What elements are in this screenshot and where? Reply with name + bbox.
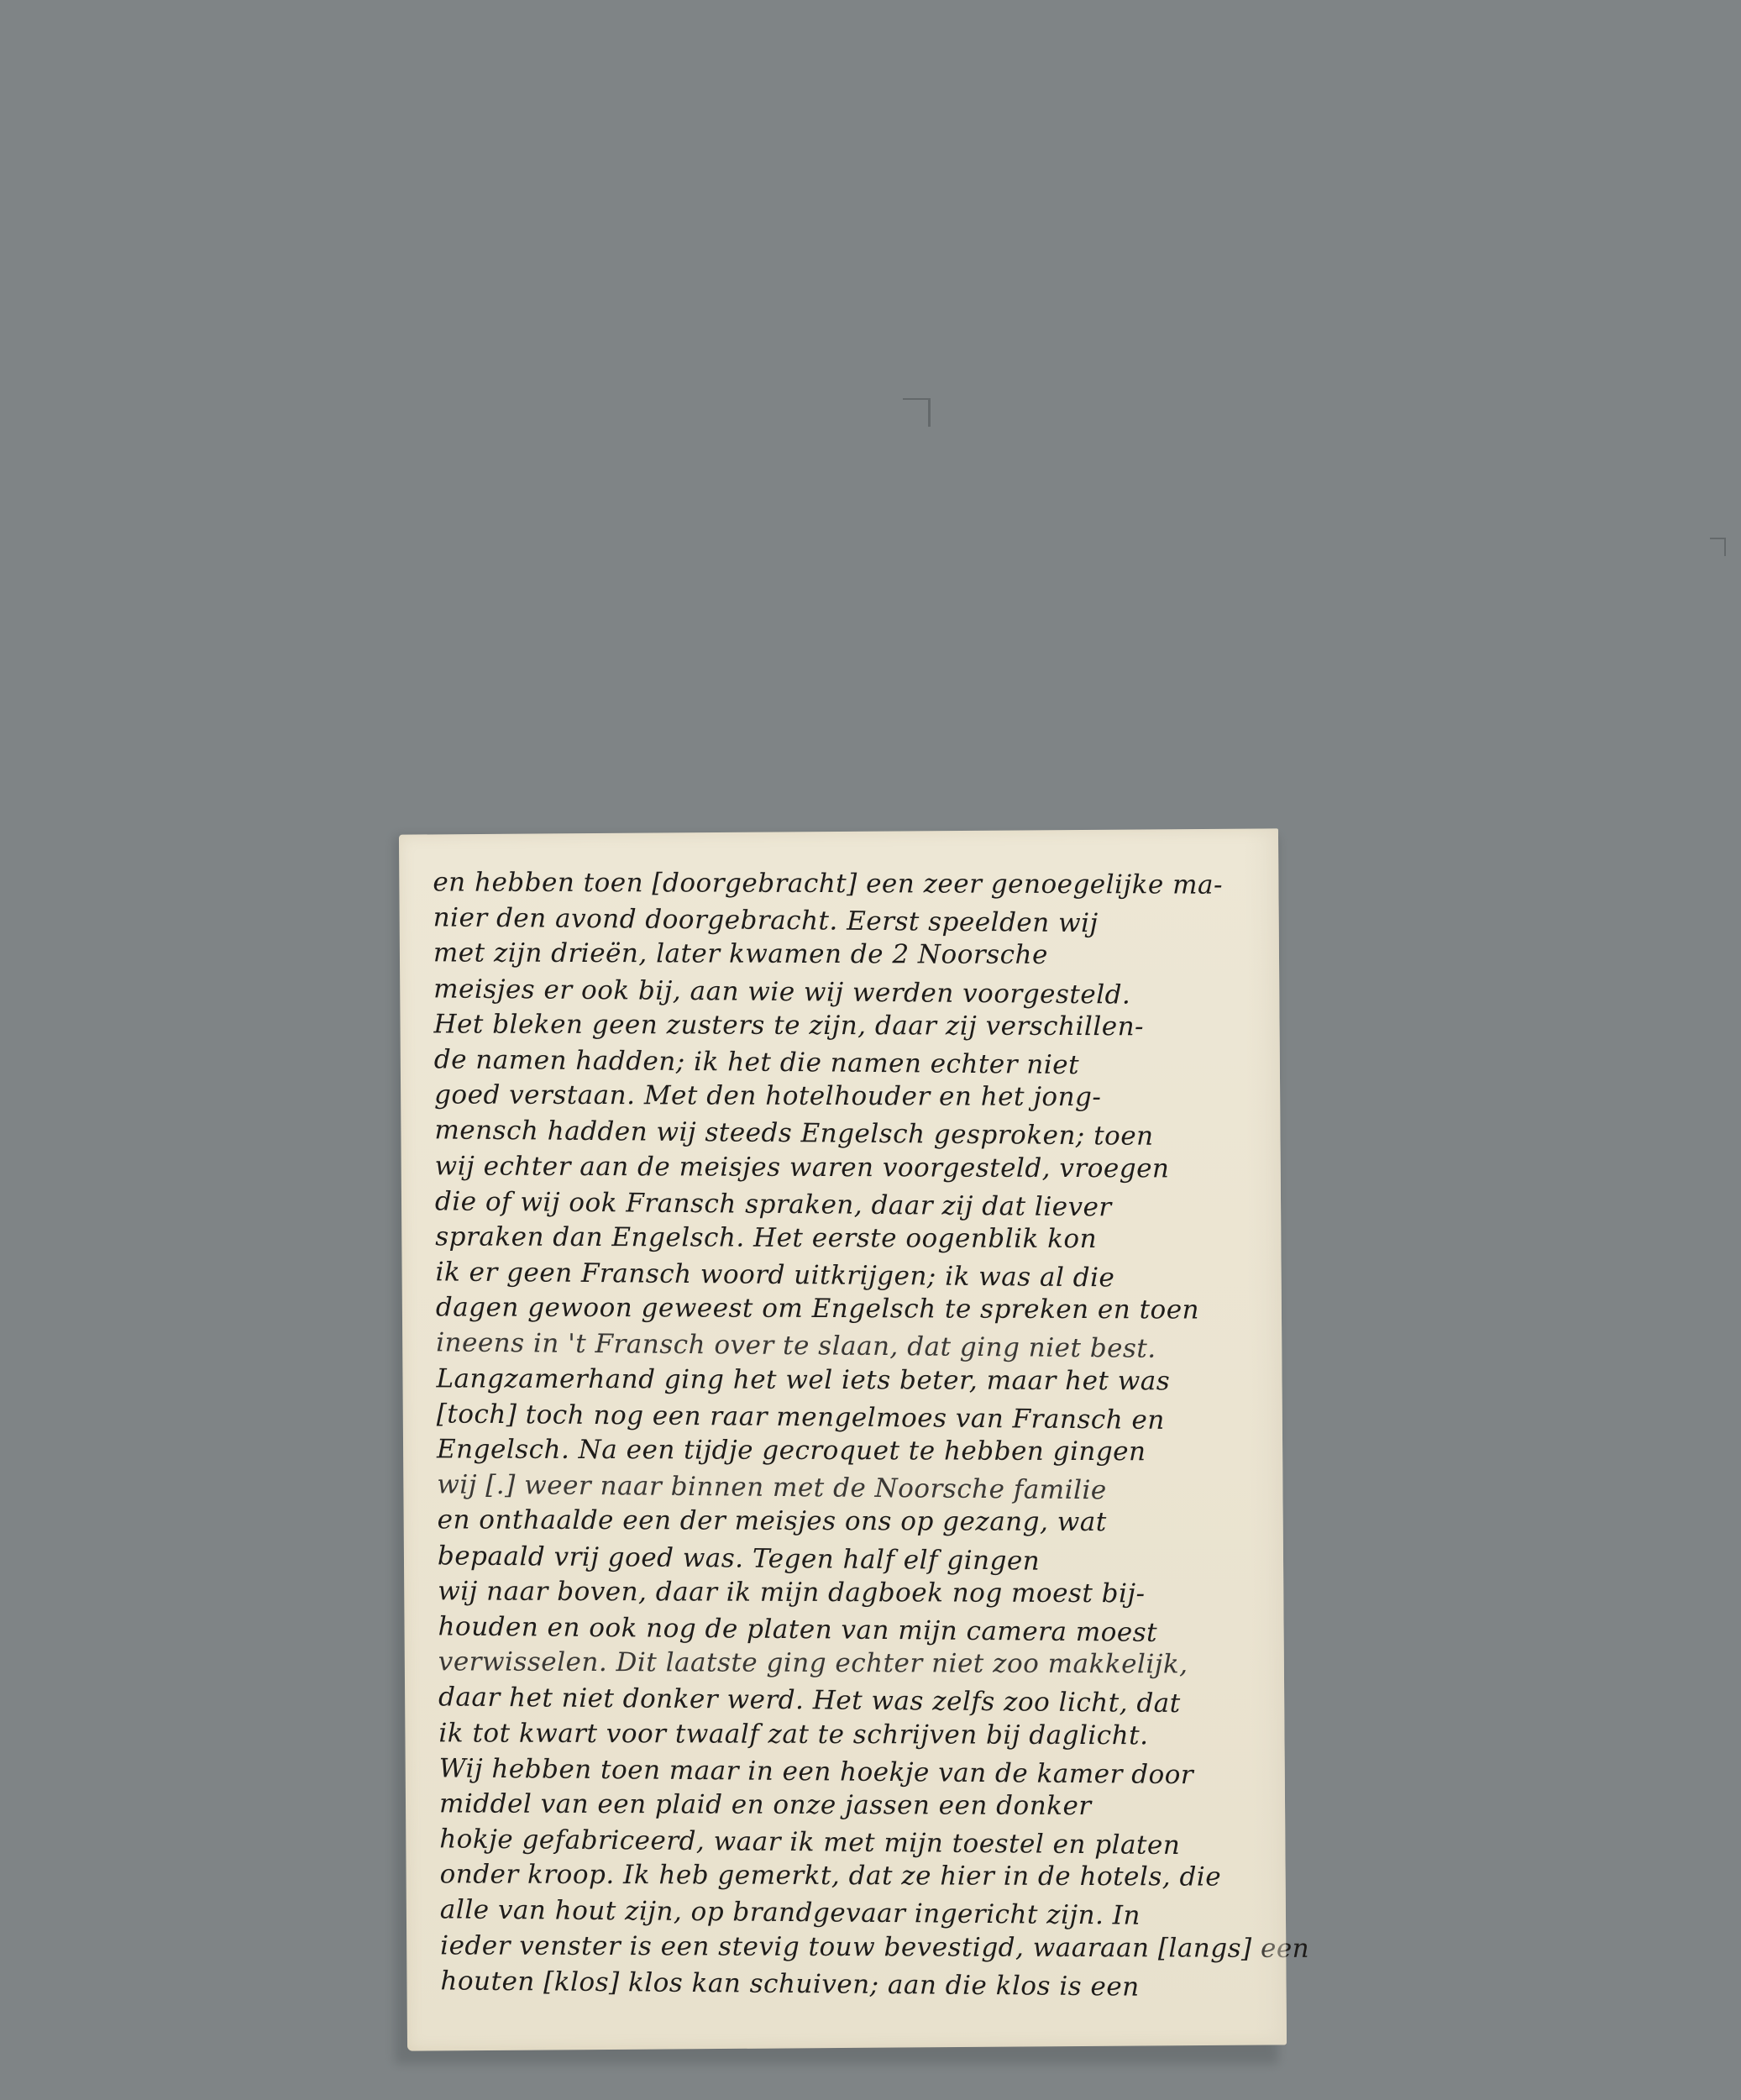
text-line: onder kroop. Ik heb gemerkt, dat ze hier… [440, 1857, 1255, 1896]
text-line: middel van een plaid en onze jassen een … [439, 1786, 1254, 1824]
text-line: Langzamerhand ging het wel iets beter, m… [436, 1361, 1251, 1399]
text-line: spraken dan Engelsch. Het eerste oogenbl… [435, 1219, 1250, 1257]
text-line: wij naar boven, daar ik mijn dagboek nog… [438, 1573, 1252, 1612]
text-line: en onthaalde een der meisjes ons op geza… [438, 1503, 1252, 1541]
text-line: dagen gewoon geweest om Engelsch te spre… [436, 1290, 1251, 1329]
text-line: en hebben toen [doorgebracht] een zeer g… [433, 864, 1247, 903]
background-pencil-mark [903, 398, 931, 427]
handwritten-text: en hebben toen [doorgebracht] een zeer g… [433, 859, 1255, 1999]
text-line: Engelsch. Na een tijdje gecroquet te heb… [437, 1431, 1251, 1470]
text-line: ik tot kwart voor twaalf zat te schrijve… [438, 1715, 1253, 1754]
text-line: Het bleken geen zusters te zijn, daar zi… [433, 1006, 1248, 1045]
handwritten-page: en hebben toen [doorgebracht] een zeer g… [399, 828, 1287, 2050]
text-line: wij echter aan de meisjes waren voorgest… [435, 1148, 1250, 1187]
text-line: goed verstaan. Met den hotelhouder en he… [434, 1078, 1249, 1116]
text-line: met zijn drieën, later kwamen de 2 Noors… [433, 936, 1248, 974]
text-line: ieder venster is een stevig touw bevesti… [440, 1928, 1255, 1966]
text-line: verwisselen. Dit laatste ging echter nie… [438, 1644, 1253, 1683]
text-line: houten [klos] klos kan schuiven; aan die… [440, 1963, 1255, 2006]
background-pencil-mark [1710, 538, 1726, 556]
